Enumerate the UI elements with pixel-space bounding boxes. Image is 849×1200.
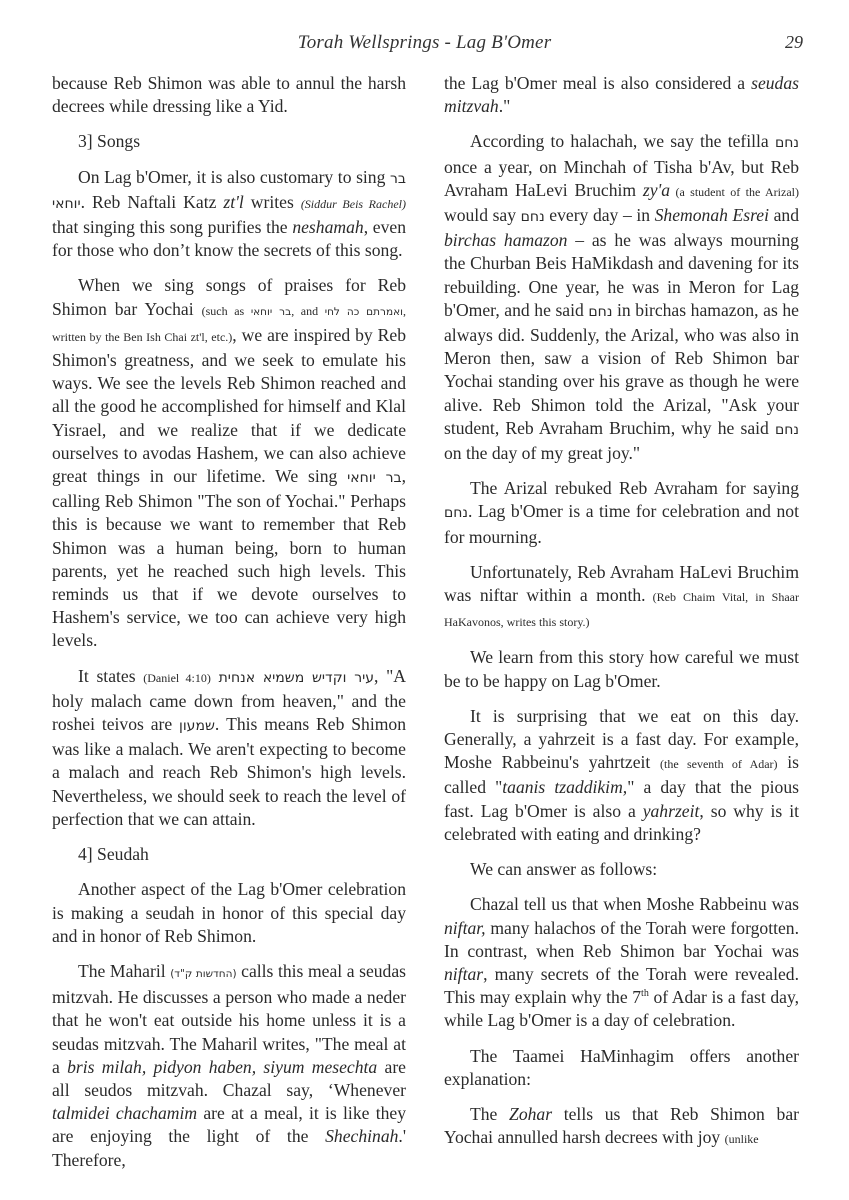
paragraph-text: Another aspect of the Lag b'Omer celebra…: [52, 879, 406, 945]
hebrew-text: בר יוחאי: [347, 470, 401, 486]
italic-text: taanis tzaddikim,: [502, 777, 627, 797]
text: in birchas hamazon, as he always did. Su…: [444, 300, 799, 438]
left-column: because Reb Shimon was able to annul the…: [52, 72, 406, 1184]
italic-text: zt'l: [223, 192, 243, 212]
text: The Arizal rebuked Reb Avraham for sayin…: [470, 478, 799, 498]
text: many halachos of the Torah were forgotte…: [444, 918, 799, 961]
text: Chazal tell us that when Moshe Rabbeinu …: [470, 894, 799, 914]
text: The: [470, 1104, 509, 1124]
italic-text: Zohar: [509, 1104, 552, 1124]
italic-text: niftar,: [444, 918, 486, 938]
section-heading-songs: 3] Songs: [52, 130, 406, 153]
text: According to halachah, we say the tefill…: [470, 131, 775, 151]
right-column: the Lag b'Omer meal is also considered a…: [444, 72, 799, 1163]
paragraph: We learn from this story how careful we …: [444, 646, 799, 692]
italic-text: neshamah: [292, 217, 363, 237]
paragraph: It states (Daniel 4:10) עיר וקדיש משמיא …: [52, 665, 406, 831]
hebrew-text: ואמרתם כה לחי: [325, 306, 403, 318]
text: that singing this song purifies the: [52, 217, 292, 237]
italic-text: yahrzeit: [643, 801, 700, 821]
paragraph: We can answer as follows:: [444, 858, 799, 881]
paragraph: The Maharil (החדשות ק"ד) calls this meal…: [52, 960, 406, 1172]
paragraph: On Lag b'Omer, it is also customary to s…: [52, 166, 406, 263]
italic-text: niftar: [444, 964, 483, 984]
aside: , and: [291, 304, 325, 318]
book-title: Torah Wellsprings - Lag B'Omer: [0, 32, 849, 54]
text: The Maharil: [78, 961, 170, 981]
text: , we are inspired by Reb Shimon's greatn…: [52, 325, 406, 486]
paragraph-text: We can answer as follows:: [470, 859, 657, 879]
section-heading-seudah: 4] Seudah: [52, 843, 406, 866]
hebrew-text: נחם: [521, 209, 545, 225]
paragraph: When we sing songs of praises for Reb Sh…: [52, 274, 406, 652]
paragraph: According to halachah, we say the tefill…: [444, 130, 799, 465]
hebrew-text: נחם: [775, 135, 799, 151]
paragraph: The Arizal rebuked Reb Avraham for sayin…: [444, 477, 799, 549]
paragraph: Unfortunately, Reb Avraham HaLevi Bruchi…: [444, 561, 799, 635]
text: It states: [78, 666, 143, 686]
italic-text: birchas hamazon: [444, 230, 567, 250]
aside: (the seventh of Adar): [660, 757, 778, 771]
paragraph: The Zohar tells us that Reb Shimon bar Y…: [444, 1103, 799, 1151]
text: on the day of my great joy.": [444, 443, 640, 463]
text: the Lag b'Omer meal is also considered a: [444, 73, 751, 93]
text: On Lag b'Omer, it is also customary to s…: [78, 167, 390, 187]
text: would say: [444, 205, 521, 225]
hebrew-text: בר יוחאי: [251, 306, 291, 318]
paragraph: because Reb Shimon was able to annul the…: [52, 72, 406, 118]
paragraph: Another aspect of the Lag b'Omer celebra…: [52, 878, 406, 948]
text: and: [769, 205, 799, 225]
italic-text: Shechinah: [325, 1126, 398, 1146]
text: writes: [244, 192, 301, 212]
text: .": [499, 96, 511, 116]
paragraph-text: because Reb Shimon was able to annul the…: [52, 73, 406, 116]
paragraph-text: We learn from this story how careful we …: [444, 647, 799, 690]
citation: (Siddur Beis Rachel): [301, 197, 406, 211]
paragraph-text: The Taamei HaMinhagim offers another exp…: [444, 1046, 799, 1089]
page-number: 29: [785, 32, 803, 53]
paragraph: The Taamei HaMinhagim offers another exp…: [444, 1045, 799, 1091]
text: . Lag b'Omer is a time for celebration a…: [444, 501, 799, 546]
text: every day – in: [545, 205, 655, 225]
text: . Reb Naftali Katz: [81, 192, 224, 212]
italic-text: Shemonah Esrei: [655, 205, 769, 225]
hebrew-citation: (החדשות ק"ד): [170, 968, 236, 980]
italic-text: bris milah, pidyon haben, siyum mesechta: [67, 1057, 377, 1077]
paragraph: Chazal tell us that when Moshe Rabbeinu …: [444, 893, 799, 1032]
hebrew-text: עיר וקדיש משמיא אנחית: [219, 670, 374, 686]
italic-text: zy'a: [643, 180, 670, 200]
hebrew-text: נחם: [444, 505, 468, 521]
paragraph: the Lag b'Omer meal is also considered a…: [444, 72, 799, 118]
hebrew-text: נחם: [775, 422, 799, 438]
aside: (unlike: [725, 1132, 759, 1146]
text: , calling Reb Shimon "The son of Yochai.…: [52, 466, 406, 650]
ordinal-suffix: th: [641, 988, 649, 999]
hebrew-text: נחם: [588, 304, 612, 320]
aside: (such as: [202, 304, 251, 318]
aside: (a student of the Arizal): [670, 185, 799, 199]
hebrew-text: שמעון: [179, 718, 215, 734]
running-header: Torah Wellsprings - Lag B'Omer 29: [0, 28, 849, 64]
citation: (Daniel 4:10): [143, 671, 211, 685]
italic-text: talmidei chachamim: [52, 1103, 197, 1123]
paragraph: It is surprising that we eat on this day…: [444, 705, 799, 846]
